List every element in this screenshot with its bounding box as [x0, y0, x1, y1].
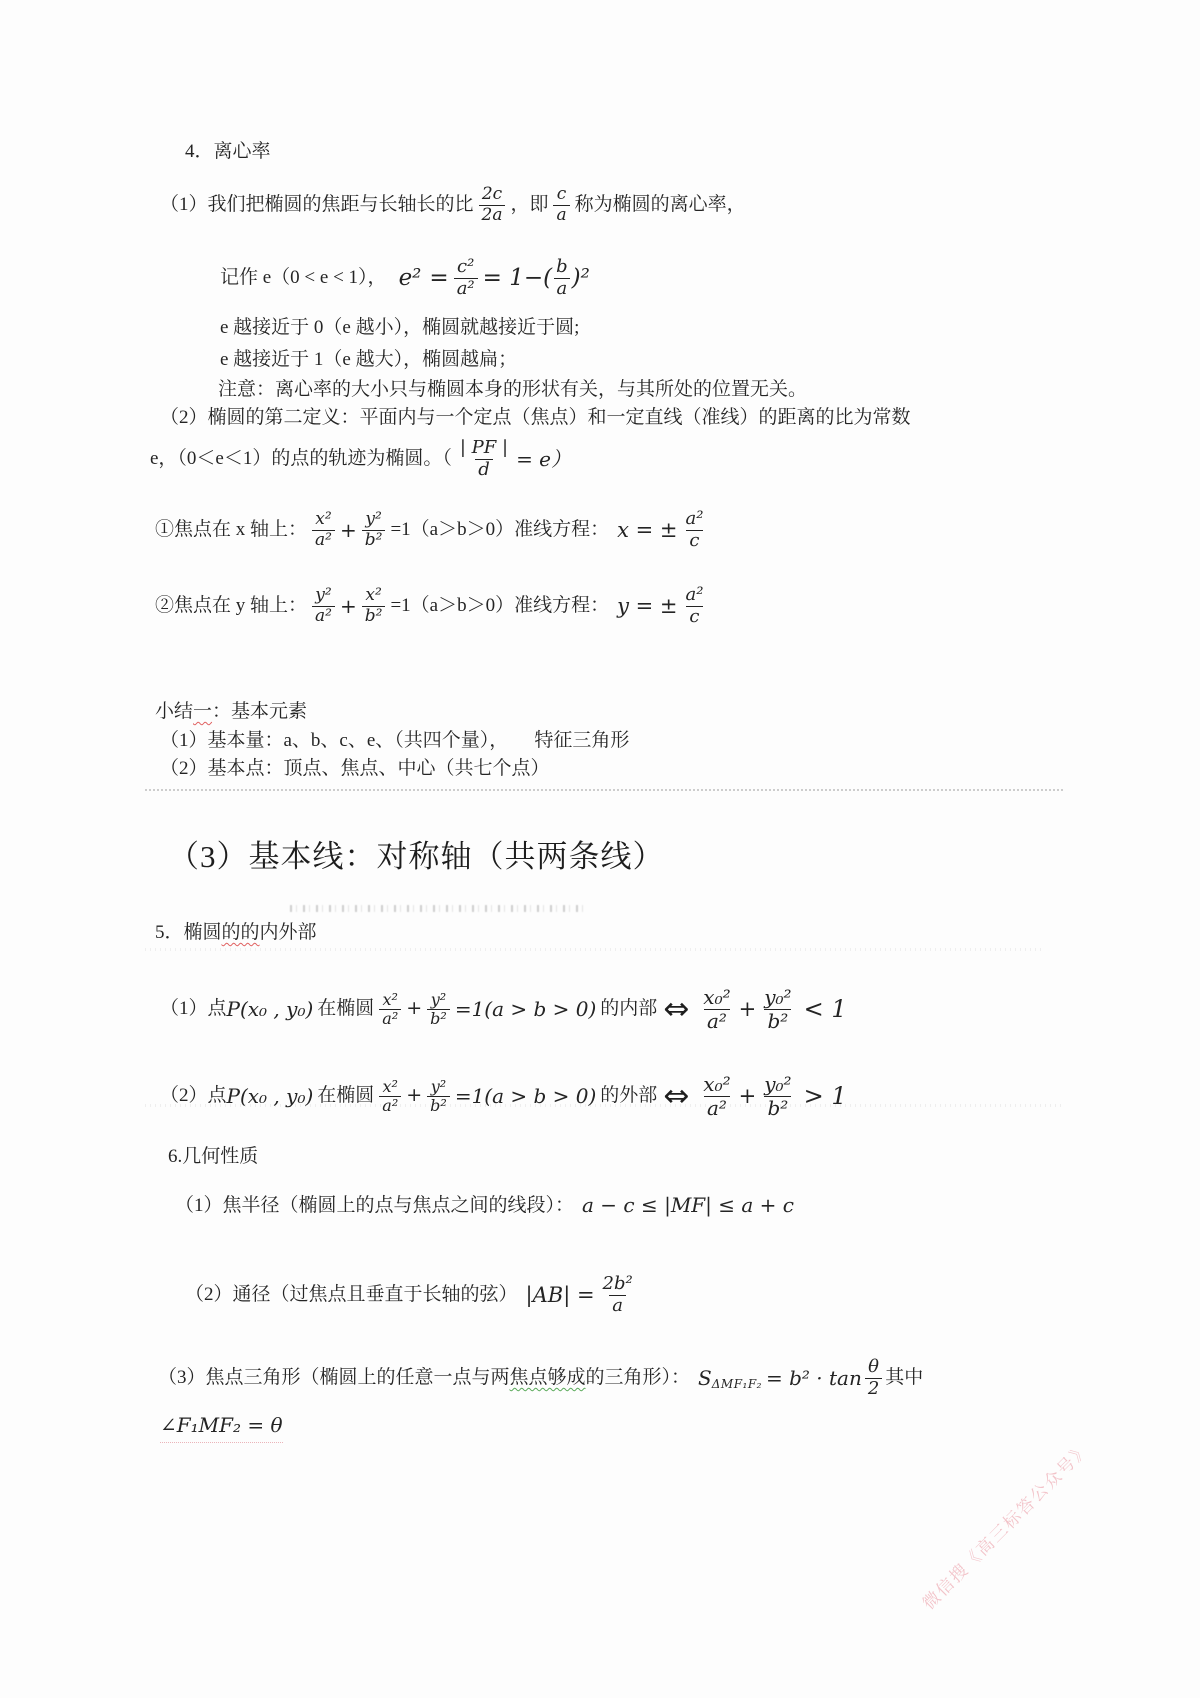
section5-title: 5．椭圆的的内外部 — [155, 921, 317, 945]
basic-lines-heading: （3）基本线：对称轴（共两条线） — [168, 838, 665, 877]
fraction-y2-b2: y² b² — [427, 991, 450, 1028]
iff-arrow: ⇔ — [663, 1077, 689, 1116]
fraction-x2-a2: x² a² — [379, 1078, 401, 1115]
e-squared: e² — [399, 264, 422, 293]
focal-radius-formula: a − c ≤ |MF| ≤ a + c — [582, 1193, 794, 1218]
fraction-x2-a2: x² a² — [312, 510, 335, 549]
summary-quantities: （1）基本量：a、b、c、e、（共四个量）， 特征三角形 — [160, 729, 629, 753]
plus-sign: + — [406, 1084, 422, 1108]
area-S-subscript: ΔMF₁F₂ — [712, 1377, 762, 1392]
spellcheck-underline: 焦点够成 — [510, 1366, 586, 1390]
fraction-x2-a2: x² a² — [379, 991, 401, 1028]
area-S: S — [698, 1366, 712, 1391]
fraction-b-a: b a — [553, 257, 571, 298]
watermark: 微信搜《高三标答公众号》 — [897, 1417, 1113, 1633]
sentence-text: ①焦点在 x 轴上： — [155, 518, 307, 542]
equals-e: = e） — [516, 447, 571, 472]
directrix-x: x = ± — [617, 517, 677, 543]
summary-title: 小结一：基本元素 — [155, 700, 307, 724]
fraction-c2-a2: c² a² — [454, 257, 478, 298]
AB-equals: |AB| = — [526, 1282, 595, 1308]
greater-than-one: > 1 — [804, 1081, 847, 1111]
plus-sign: + — [739, 996, 757, 1022]
spellcheck-underline: 的的 — [222, 921, 260, 945]
less-than-one: < 1 — [804, 994, 847, 1024]
fraction-2b2-a: 2b² a — [600, 1274, 636, 1315]
plus-sign: + — [406, 997, 422, 1021]
fraction-c-a: c a — [553, 185, 569, 224]
sentence-text: （1）我们把椭圆的焦距与长轴长的比 — [160, 193, 474, 217]
fraction-x02-a2: x₀² a² — [700, 1073, 733, 1119]
latus-rectum-line: （2）通径（过焦点且垂直于长轴的弦） |AB| = 2b² a — [185, 1262, 641, 1328]
section4-title-text: 4．离心率 — [185, 140, 271, 164]
plus-sign: + — [739, 1083, 757, 1109]
close-paren-squared: )² — [572, 264, 590, 293]
fraction-a2-c: a² c — [683, 585, 707, 626]
fraction-a2-c: a² c — [682, 509, 706, 550]
summary-points: （2）基本点：顶点、焦点、中心（共七个点） — [160, 757, 550, 781]
point-P: P(x₀ , y₀) — [227, 1084, 314, 1109]
locus-sentence: e，（0＜e＜1）的点的轨迹为椭圆。（ | PF | d = e） — [150, 430, 571, 488]
exterior-condition-line: （2）点 P(x₀ , y₀) 在椭圆 x² a² + y² b² =1(a >… — [160, 1060, 847, 1132]
fraction-x2-b2: x² b² — [362, 586, 386, 625]
focus-x-axis-line: ①焦点在 x 轴上： x² a² + y² b² =1（a＞b＞0）准线方程： … — [155, 498, 711, 562]
spellcheck-underline: 一 — [193, 700, 212, 724]
fraction-y2-b2: y² b² — [362, 510, 386, 549]
section4-title: 4．离心率 — [185, 140, 271, 164]
scan-smudge — [290, 905, 585, 912]
attention-note: 注意：离心率的大小只与椭圆本身的形状有关，与其所处的位置无关。 — [218, 378, 807, 402]
fraction-y02-b2: y₀² b² — [761, 1073, 794, 1119]
sentence-text: 称为椭圆的离心率， — [575, 193, 746, 217]
section-divider — [145, 789, 1063, 791]
interior-condition-line: （1）点 P(x₀ , y₀) 在椭圆 x² a² + y² b² =1(a >… — [160, 973, 847, 1045]
angle-theta-line: ∠F₁MF₂ = θ — [160, 1413, 283, 1443]
sentence-text: ，即 — [510, 193, 548, 217]
fraction-2c-2a: 2c 2a — [479, 185, 506, 224]
focus-y-axis-line: ②焦点在 y 轴上： y² a² + x² b² =1（a＞b＞0）准线方程： … — [155, 573, 711, 639]
equals-one-minus: = 1−( — [483, 264, 552, 293]
plus-sign: + — [340, 518, 357, 543]
sentence-text: e，（0＜e＜1）的点的轨迹为椭圆。（ — [150, 447, 452, 471]
focal-triangle-line: （3）焦点三角形（椭圆上的任意一点与两焦点够成的三角形）： S ΔMF₁F₂ =… — [158, 1348, 923, 1408]
plus-sign: + — [340, 594, 357, 619]
b2-tan: = b² · tan — [766, 1366, 862, 1391]
section6-title: 6.几何性质 — [168, 1145, 258, 1169]
sentence-text: 记作 e（0 < e < 1）， — [220, 266, 387, 290]
scan-noise-band — [145, 948, 1045, 951]
fraction-y2-b2: y² b² — [427, 1078, 450, 1115]
directrix-y: y = ± — [617, 593, 677, 619]
ellipse-condition: =1(a > b > 0) — [455, 1084, 596, 1109]
point-P: P(x₀ , y₀) — [227, 997, 314, 1022]
iff-arrow: ⇔ — [663, 990, 689, 1029]
eccentricity-formula-line: 记作 e（0 < e < 1）， e² = c² a² = 1−( b a )² — [220, 245, 590, 311]
second-definition-sentence: （2）椭圆的第二定义：平面内与一个定点（焦点）和一定直线（准线）的距离的比为常数 — [160, 406, 911, 430]
scanned-math-notes-page: 4．离心率 （1）我们把椭圆的焦距与长轴长的比 2c 2a ，即 c a 称为椭… — [0, 0, 1200, 1698]
focal-radius-line: （1）焦半径（椭圆上的点与焦点之间的线段）： a − c ≤ |MF| ≤ a … — [175, 1193, 794, 1218]
condition-text: =1（a＞b＞0）准线方程： — [390, 594, 609, 618]
sentence-text: ②焦点在 y 轴上： — [155, 594, 307, 618]
e-near-zero-note: e 越接近于 0（e 越小），椭圆就越接近于圆; — [220, 316, 579, 340]
fraction-x02-a2: x₀² a² — [700, 986, 733, 1032]
fraction-PF-d: | PF | d — [457, 438, 511, 479]
ellipse-condition: =1(a > b > 0) — [455, 997, 596, 1022]
fraction-y2-a2: y² a² — [312, 586, 335, 625]
eccentricity-ratio-sentence: （1）我们把椭圆的焦距与长轴长的比 2c 2a ，即 c a 称为椭圆的离心率， — [160, 175, 746, 235]
fraction-theta-2: θ 2 — [865, 1357, 882, 1398]
fraction-y02-b2: y₀² b² — [761, 986, 794, 1032]
equals-sign: = — [429, 264, 448, 293]
e-near-one-note: e 越接近于 1（e 越大），椭圆越扁； — [220, 348, 517, 372]
angle-formula: ∠F₁MF₂ = θ — [160, 1413, 283, 1443]
condition-text: =1（a＞b＞0）准线方程： — [390, 518, 609, 542]
